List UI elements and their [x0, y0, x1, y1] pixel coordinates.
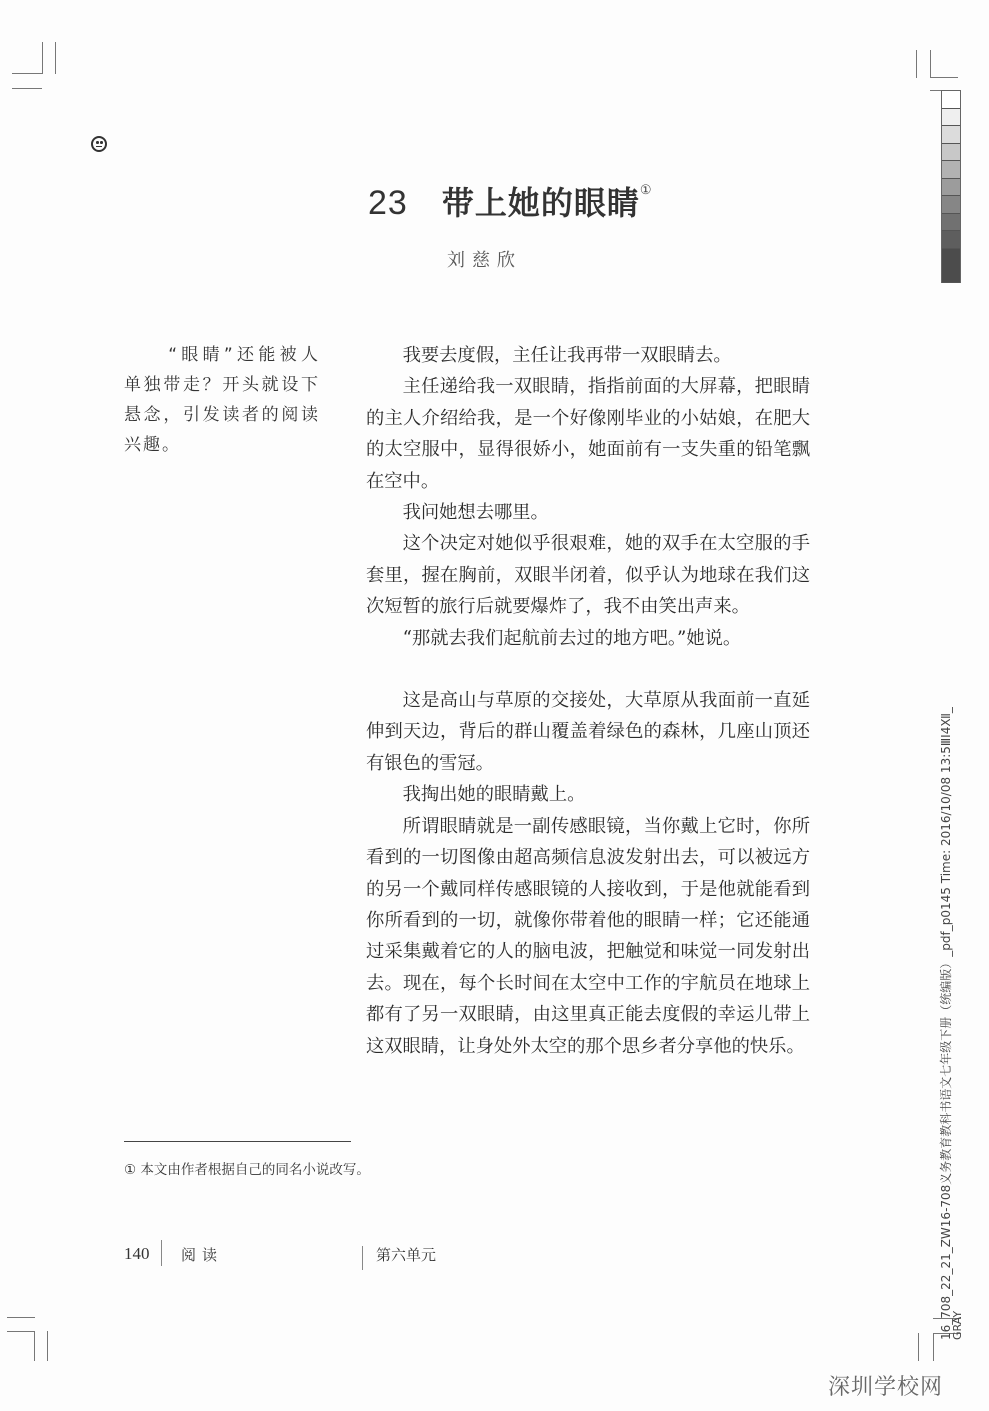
gray-swatch [942, 179, 960, 197]
crop-mark [34, 1331, 35, 1361]
gray-swatch [942, 144, 960, 162]
gray-swatch [942, 196, 960, 214]
crop-mark [12, 73, 42, 74]
crop-mark [7, 1317, 35, 1318]
footnote: ① 本文由作者根据自己的同名小说改写。 [124, 1158, 370, 1178]
footer-unit: 第六单元 [376, 1244, 436, 1265]
author-name: 刘慈欣 [447, 246, 522, 272]
title-footnote-mark: ① [640, 183, 652, 198]
crop-mark [55, 42, 56, 74]
paragraph: “那就去我们起航前去过的地方吧。”她说。 [366, 623, 810, 654]
crop-mark [42, 42, 43, 74]
footnote-divider [124, 1141, 351, 1142]
crop-mark [933, 1333, 934, 1361]
gray-swatch [942, 249, 960, 283]
paragraph: 这是高山与草原的交接处，大草原从我面前一直延伸到天边，背后的群山覆盖着绿色的森林… [366, 685, 810, 779]
annotation-text: “眼睛”还能被人单独带走？开头就设下悬念，引发读者的阅读兴趣。 [124, 340, 320, 460]
gray-swatch [942, 91, 960, 109]
crop-mark [930, 50, 931, 78]
neutral-face-icon [91, 136, 107, 152]
crop-mark [47, 1331, 48, 1361]
crop-mark [916, 50, 917, 78]
print-metadata-line: 16_708_22_21_ZW16-708义务教育教科书语文七年级下册（统编版）… [939, 707, 953, 1340]
gray-scale-bar [941, 90, 961, 283]
margin-annotation: “眼睛”还能被人单独带走？开头就设下悬念，引发读者的阅读兴趣。 [124, 340, 320, 460]
page-number: 140 [124, 1244, 150, 1264]
crop-mark [918, 1333, 919, 1361]
paragraph: 主任递给我一双眼睛，指指前面的大屏幕，把眼睛的主人介绍给我，是一个好像刚毕业的小… [366, 371, 810, 497]
print-metadata-gray: GRAY [952, 707, 964, 1340]
paragraph: 我问她想去哪里。 [366, 497, 810, 528]
crop-mark [7, 1331, 35, 1332]
paragraph: 我要去度假，主任让我再带一双眼睛去。 [366, 340, 810, 371]
section-break [366, 654, 810, 685]
gray-swatch [942, 109, 960, 127]
print-metadata: 16_708_22_21_ZW16-708义务教育教科书语文七年级下册（统编版）… [940, 707, 964, 1340]
chapter-title: 带上她的眼睛 [442, 184, 640, 222]
paragraph: 我掏出她的眼睛戴上。 [366, 779, 810, 810]
footer-section: 阅读 [181, 1244, 223, 1265]
gray-swatch [942, 126, 960, 144]
gray-swatch [942, 161, 960, 179]
footer-divider [362, 1246, 363, 1270]
crop-mark [930, 77, 958, 78]
paragraph: 所谓眼睛就是一副传感眼镜，当你戴上它时，你所看到的一切图像由超高频信息波发射出去… [366, 811, 810, 1062]
gray-swatch [942, 214, 960, 232]
chapter-heading: 23带上她的眼睛① [368, 178, 652, 224]
gray-swatch [942, 231, 960, 249]
paragraph: 这个决定对她似乎很艰难，她的双手在太空服的手套里，握在胸前，双眼半闭着，似乎认为… [366, 528, 810, 622]
crop-mark [12, 88, 42, 89]
chapter-number: 23 [368, 184, 408, 222]
watermark: 深圳学校网 [828, 1370, 943, 1401]
footer-divider [161, 1240, 162, 1266]
article-body: 我要去度假，主任让我再带一双眼睛去。 主任递给我一双眼睛，指指前面的大屏幕，把眼… [366, 340, 810, 1062]
